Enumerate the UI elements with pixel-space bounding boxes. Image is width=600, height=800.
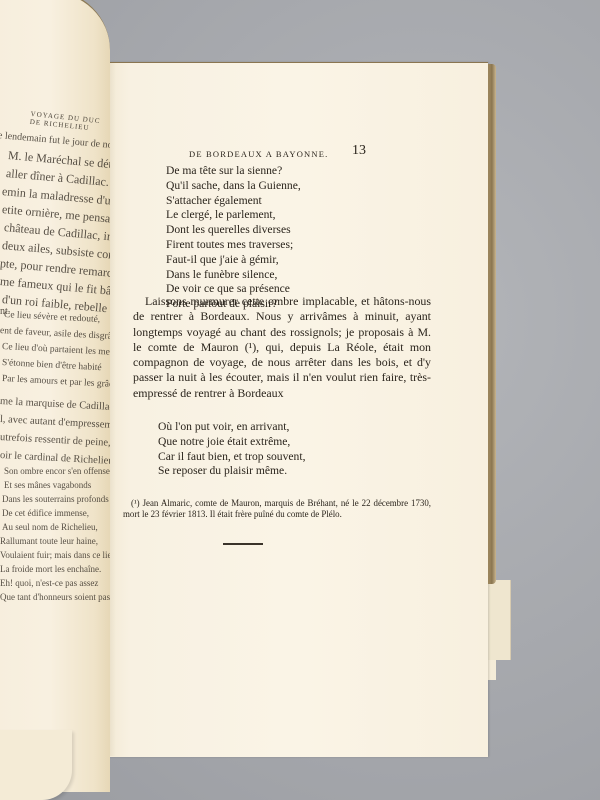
left-line: Son ombre encor s'en offense, bbox=[4, 466, 110, 476]
verse-line: S'attacher également bbox=[166, 194, 301, 209]
verse-line: Que notre joie était extrême, bbox=[158, 435, 305, 450]
verse-line: Qu'il sache, dans la Guienne, bbox=[166, 179, 301, 194]
left-line: me la marquise de Cadillac, qui y bbox=[0, 396, 110, 414]
verse-line: Dans le funèbre silence, bbox=[166, 268, 301, 283]
verse-line: Faut-il que j'aie à gémir, bbox=[166, 253, 301, 268]
verse-block-2: Où l'on put voir, en arrivant, Que notre… bbox=[158, 420, 305, 479]
left-line: Et ses mânes vagabonds bbox=[4, 480, 91, 490]
right-page-content: DE BORDEAUX A BAYONNE. 13 De ma tête sur… bbox=[100, 62, 488, 756]
left-line: Par les amours et par les grâces. bbox=[2, 374, 110, 390]
footnote: (¹) Jean Almaric, comte de Mauron, marqu… bbox=[123, 498, 431, 519]
paragraph-text: Laissons murmurer cette ombre implacable… bbox=[133, 294, 431, 401]
left-line: Rallumant toute leur haine, bbox=[0, 536, 98, 546]
verse-line: Dont les querelles diverses bbox=[166, 223, 301, 238]
running-head: DE BORDEAUX A BAYONNE. bbox=[189, 149, 328, 159]
left-line: ent de faveur, asile des disgrâces, bbox=[0, 326, 110, 343]
prose-paragraph: Laissons murmurer cette ombre implacable… bbox=[133, 294, 431, 401]
left-line: Dans les souterrains profonds bbox=[2, 494, 109, 504]
verse-line: Firent toutes mes traverses; bbox=[166, 238, 301, 253]
verse-line: Se reposer du plaisir même. bbox=[158, 464, 305, 479]
left-page-content: VOYAGE DU DUC DE RICHELIEU e lendemain f… bbox=[0, 0, 110, 800]
page-number: 13 bbox=[352, 143, 366, 159]
left-line: Que tant d'honneurs soient passés bbox=[0, 592, 110, 602]
page-edge-torn bbox=[488, 580, 511, 660]
verse-block-1: De ma tête sur la sienne? Qu'il sache, d… bbox=[166, 164, 301, 312]
left-line: l, avec autant d'empressement bbox=[0, 414, 110, 432]
left-running-head: VOYAGE DU DUC DE RICHELIEU bbox=[29, 110, 110, 134]
verse-line: Car il faut bien, et trop souvent, bbox=[158, 450, 305, 465]
left-line: Au seul nom de Richelieu, bbox=[2, 522, 98, 532]
left-line: La froide mort les enchaîne. bbox=[0, 564, 101, 574]
left-line: oir le cardinal de Richelieu bbox=[0, 450, 110, 467]
left-line: Eh! quoi, n'est-ce pas assez bbox=[0, 578, 98, 588]
verse-line: Le clergé, le parlement, bbox=[166, 208, 301, 223]
left-line: Ce lieu d'où partaient les menaces, bbox=[2, 342, 110, 359]
end-rule bbox=[223, 543, 263, 545]
left-line: Voulaient fuir; mais dans ce lieu bbox=[0, 550, 110, 560]
verse-line: De ma tête sur la sienne? bbox=[166, 164, 301, 179]
left-line: utrefois ressentir de peine, quel bbox=[0, 432, 110, 450]
left-line: S'étonne bien d'être habité bbox=[2, 358, 102, 373]
verse-line: Où l'on put voir, en arrivant, bbox=[158, 420, 305, 435]
left-line: De cet édifice immense, bbox=[2, 508, 89, 518]
